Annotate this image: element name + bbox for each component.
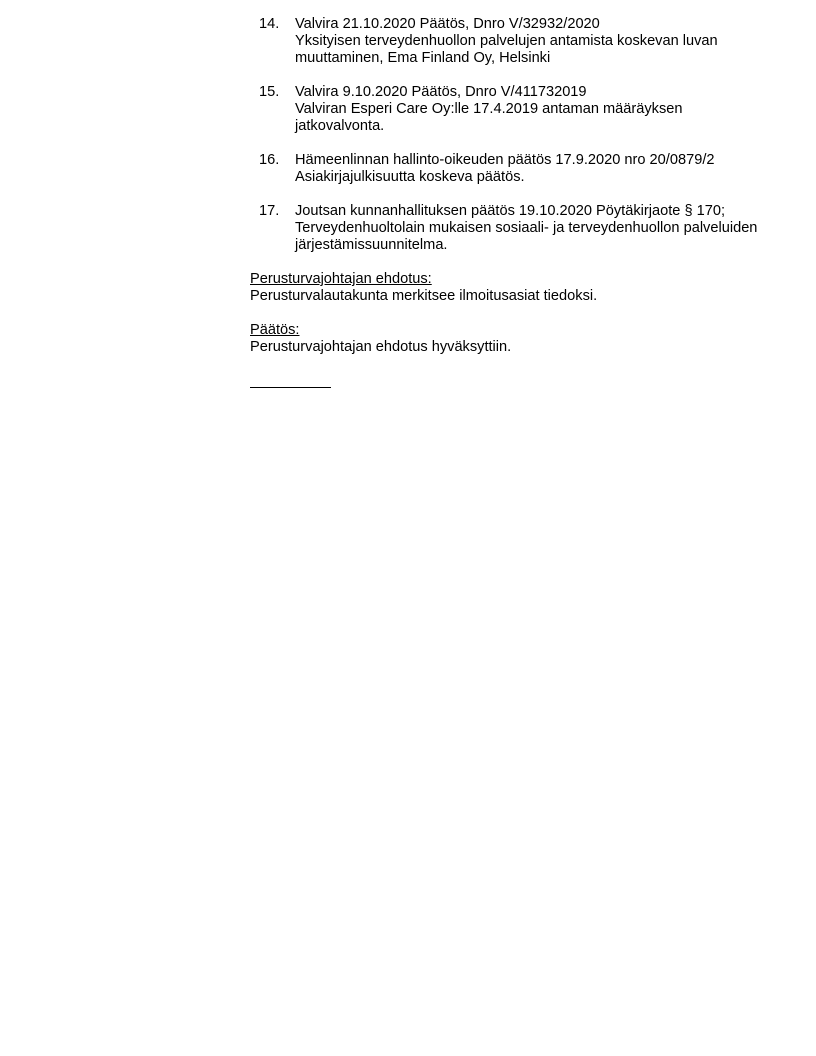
decision-heading: Päätös:: [250, 322, 511, 339]
list-item-number: 14.: [259, 16, 279, 33]
proposal-section: Perusturvajohtajan ehdotus: Perusturvala…: [250, 271, 597, 305]
list-item-body: Valvira 9.10.2020 Päätös, Dnro V/4117320…: [295, 84, 795, 135]
list-item-number: 17.: [259, 203, 279, 220]
list-item-title: Hämeenlinnan hallinto-oikeuden päätös 17…: [295, 152, 795, 169]
proposal-text: Perusturvalautakunta merkitsee ilmoitusa…: [250, 288, 597, 305]
list-item-body: Hämeenlinnan hallinto-oikeuden päätös 17…: [295, 152, 795, 186]
document-page: 14. Valvira 21.10.2020 Päätös, Dnro V/32…: [0, 0, 816, 1056]
list-item-title: Valvira 9.10.2020 Päätös, Dnro V/4117320…: [295, 84, 795, 101]
list-item-title: Joutsan kunnanhallituksen päätös 19.10.2…: [295, 203, 795, 220]
list-item-line: Terveydenhuoltolain mukaisen sosiaali- j…: [295, 220, 795, 237]
list-item-body: Valvira 21.10.2020 Päätös, Dnro V/32932/…: [295, 16, 795, 67]
list-item-body: Joutsan kunnanhallituksen päätös 19.10.2…: [295, 203, 795, 254]
list-item-line: Valviran Esperi Care Oy:lle 17.4.2019 an…: [295, 101, 795, 118]
list-item-title: Valvira 21.10.2020 Päätös, Dnro V/32932/…: [295, 16, 795, 33]
list-item-line: Asiakirjajulkisuutta koskeva päätös.: [295, 169, 795, 186]
list-item-line: jatkovalvonta.: [295, 118, 795, 135]
list-item-line: Yksityisen terveydenhuollon palvelujen a…: [295, 33, 795, 50]
decision-text: Perusturvajohtajan ehdotus hyväksyttiin.: [250, 339, 511, 356]
list-item-number: 15.: [259, 84, 279, 101]
list-item-line: järjestämissuunnitelma.: [295, 237, 795, 254]
list-item-number: 16.: [259, 152, 279, 169]
list-item-line: muuttaminen, Ema Finland Oy, Helsinki: [295, 50, 795, 67]
proposal-heading: Perusturvajohtajan ehdotus:: [250, 271, 597, 288]
section-separator-line: [250, 387, 331, 388]
decision-section: Päätös: Perusturvajohtajan ehdotus hyväk…: [250, 322, 511, 356]
